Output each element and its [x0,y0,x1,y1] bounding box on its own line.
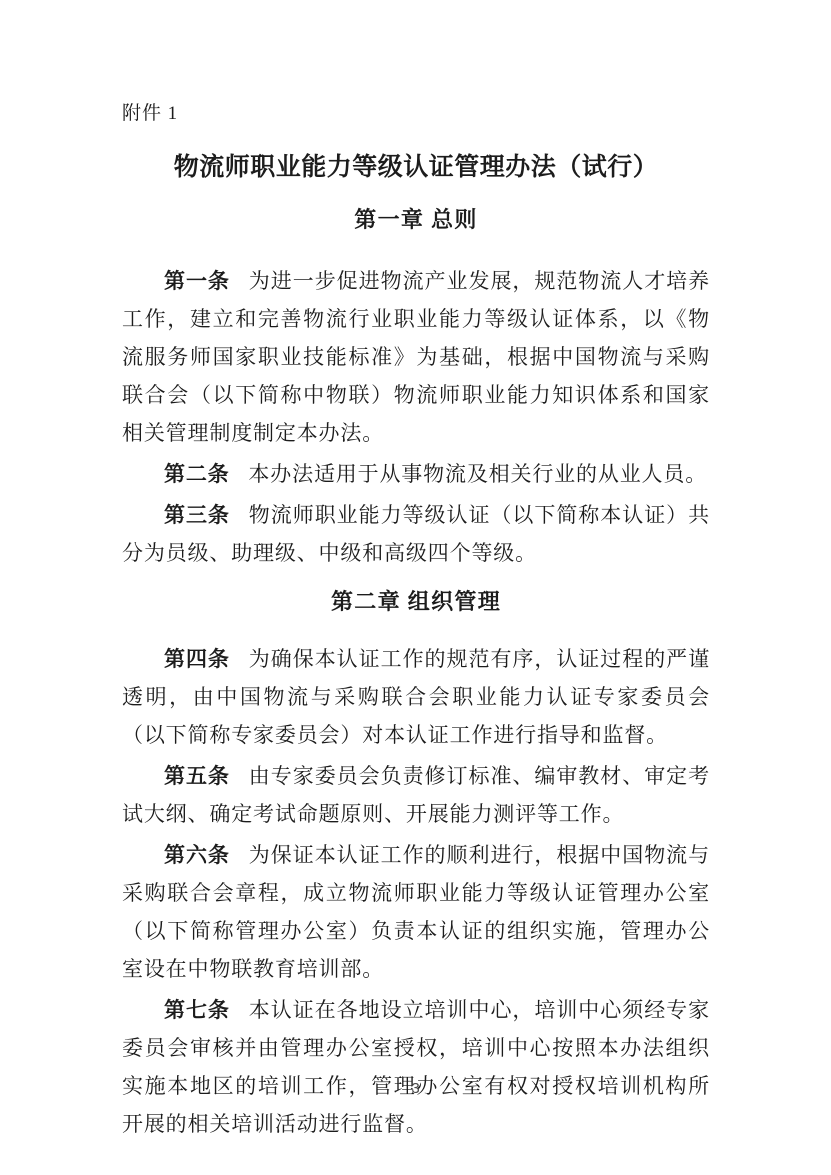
article-2: 第二条本办法适用于从事物流及相关行业的从业人员。 [122,455,710,493]
article-1: 第一条为进一步促进物流产业发展，规范物流人才培养工作，建立和完善物流行业职业能力… [122,262,710,452]
chapter-1-heading: 第一章 总则 [122,204,710,236]
document-title: 物流师职业能力等级认证管理办法（试行） [122,150,710,186]
document-page: 附件 1 物流师职业能力等级认证管理办法（试行） 第一章 总则 第一条为进一步促… [0,0,831,1175]
article-7-label: 第七条 [164,998,230,1022]
article-5: 第五条由专家委员会负责修订标准、编审教材、审定考试大纲、确定考试命题原则、开展能… [122,757,710,833]
article-5-label: 第五条 [164,764,230,788]
page-number: 3 [0,1080,831,1097]
article-3-label: 第三条 [164,503,230,527]
article-2-text: 本办法适用于从事物流及相关行业的从业人员。 [248,462,707,486]
article-2-label: 第二条 [164,462,230,486]
article-7: 第七条本认证在各地设立培训中心，培训中心须经专家委员会审核并由管理办公室授权，培… [122,991,710,1143]
article-4-label: 第四条 [164,647,230,671]
article-6-label: 第六条 [164,843,230,867]
article-1-label: 第一条 [164,269,230,293]
article-1-text: 为进一步促进物流产业发展，规范物流人才培养工作，建立和完善物流行业职业能力等级认… [122,269,710,445]
article-4: 第四条为确保本认证工作的规范有序，认证过程的严谨透明，由中国物流与采购联合会职业… [122,640,710,754]
attachment-label: 附件 1 [122,100,710,128]
chapter-2-heading: 第二章 组织管理 [122,586,710,618]
article-3: 第三条物流师职业能力等级认证（以下简称本认证）共分为员级、助理级、中级和高级四个… [122,496,710,572]
article-6: 第六条为保证本认证工作的顺利进行，根据中国物流与采购联合会章程，成立物流师职业能… [122,836,710,988]
